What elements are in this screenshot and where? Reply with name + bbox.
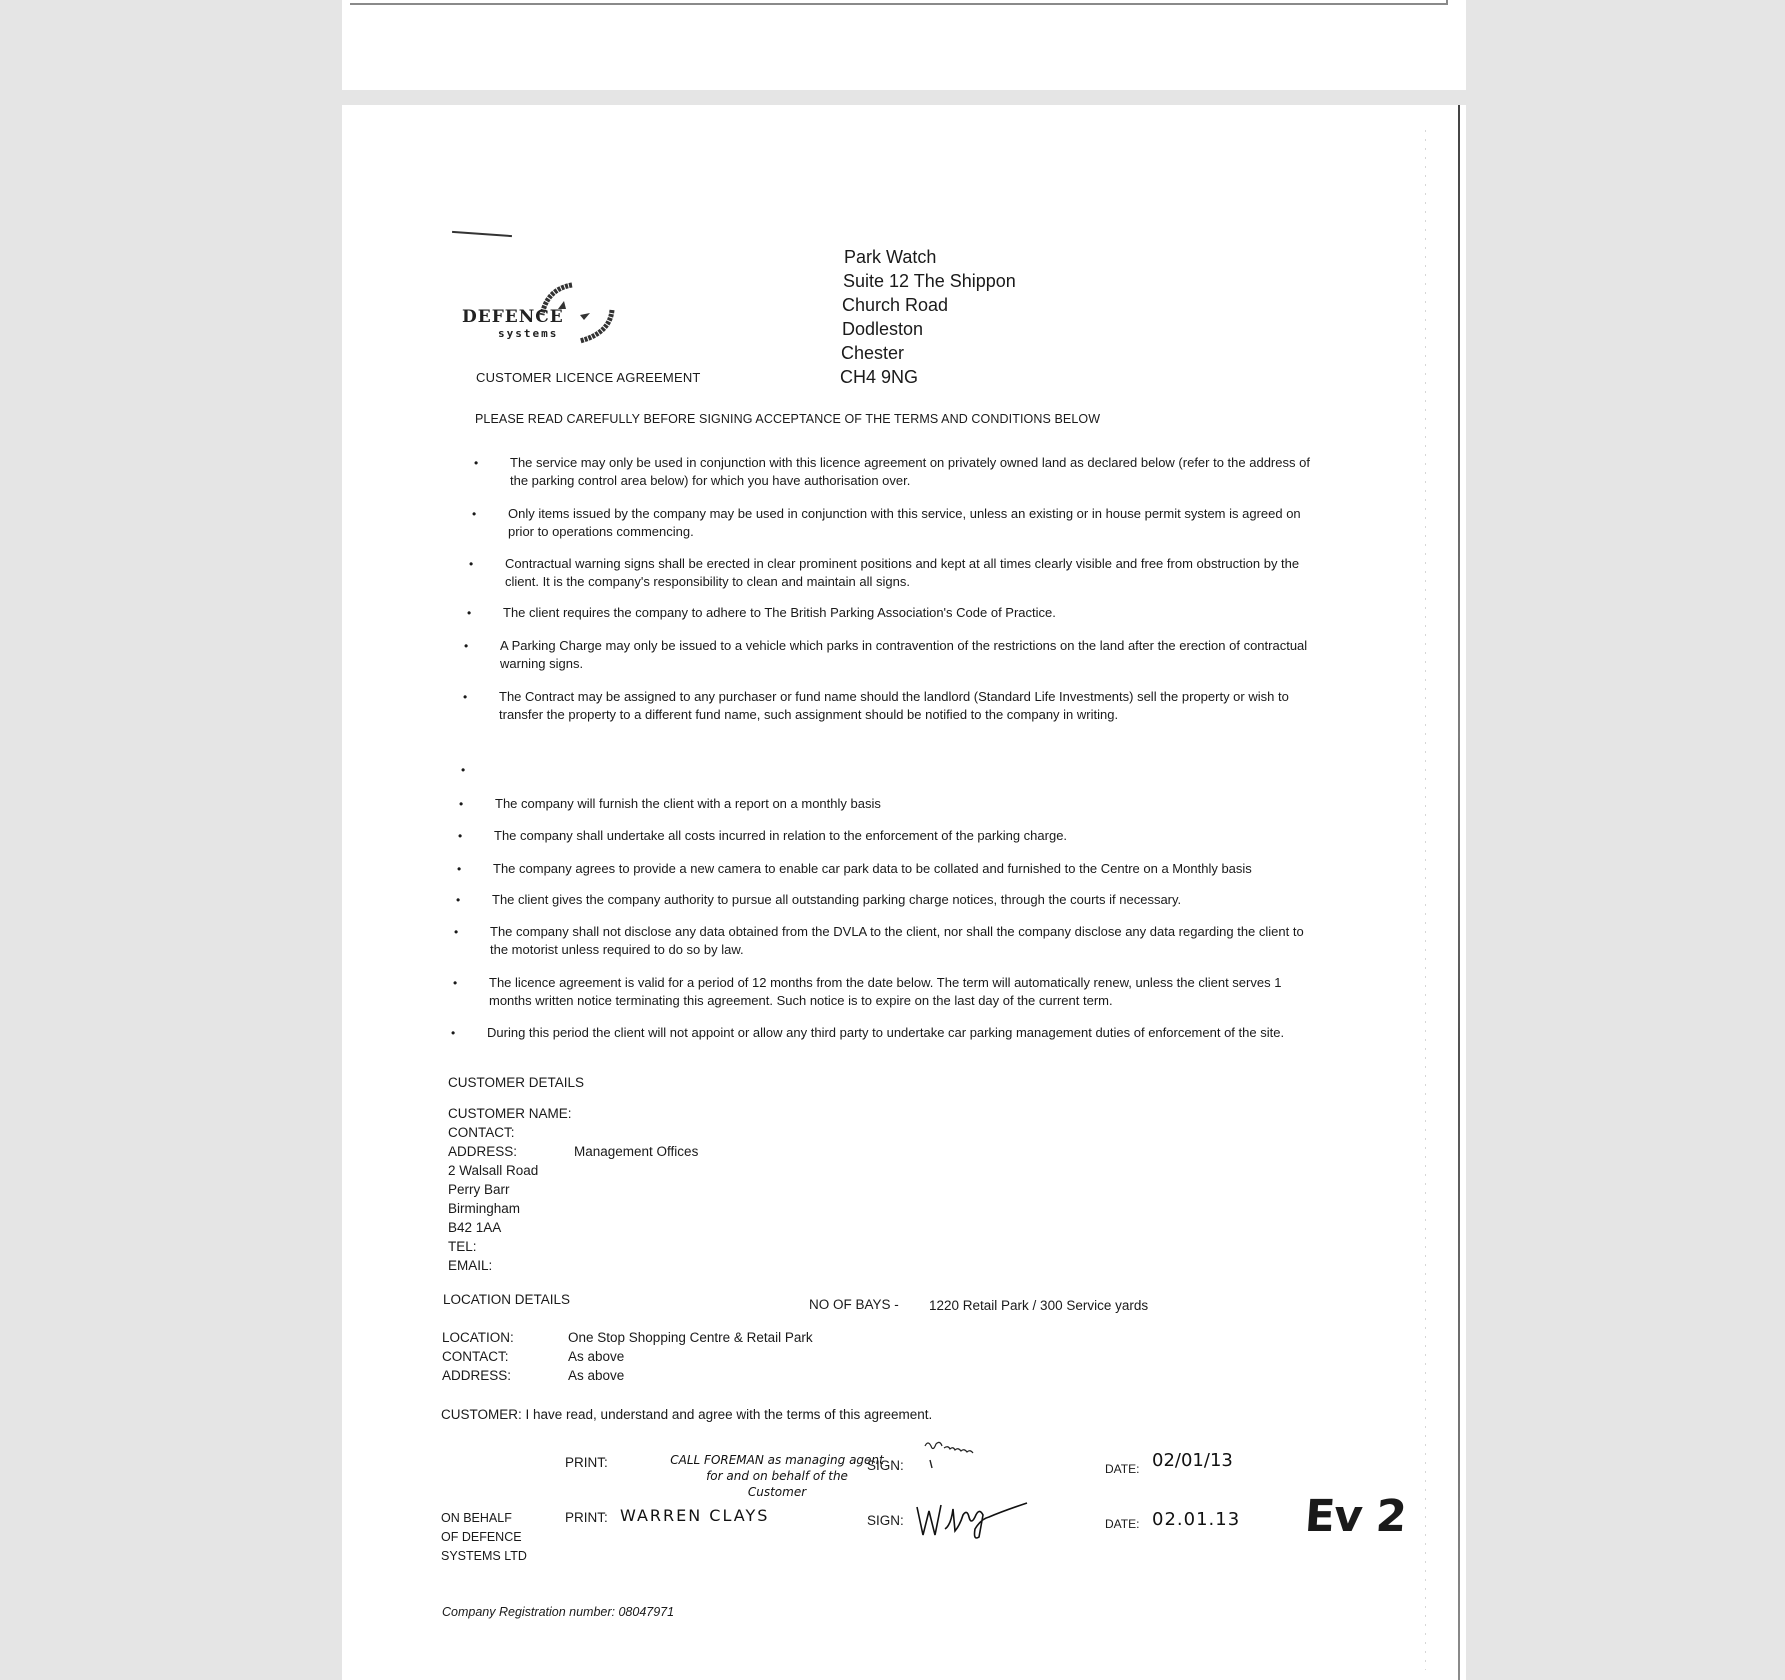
customer-print-value: CALL FOREMAN as managing agent for and o… (667, 1452, 887, 1500)
address-line: CH4 9NG (840, 365, 1016, 389)
customer-date-label: DATE: (1105, 1462, 1139, 1476)
address-line: 2 Walsall Road (448, 1161, 698, 1180)
location-address-label: ADDRESS: (442, 1366, 568, 1385)
customer-details-heading: CUSTOMER DETAILS (448, 1075, 584, 1090)
term-item: •The company will furnish the client wit… (495, 795, 1315, 813)
term-item: •The company agrees to provide a new cam… (493, 860, 1323, 878)
scan-artifact (1425, 130, 1426, 1670)
bullet-icon: • (464, 637, 468, 655)
address-value: Management Offices (574, 1144, 698, 1159)
logo-wordmark: DEFENCE (462, 307, 564, 327)
bullet-icon: • (451, 1024, 455, 1042)
address-line: Perry Barr (448, 1180, 698, 1199)
bullet-icon: • (457, 860, 461, 878)
location-contact-value: As above (568, 1349, 624, 1364)
company-date-label: DATE: (1105, 1517, 1139, 1531)
term-item: •Contractual warning signs shall be erec… (505, 555, 1325, 591)
term-item: •The company shall not disclose any data… (490, 923, 1310, 959)
term-item: •The Contract may be assigned to any pur… (499, 688, 1319, 724)
company-print-label: PRINT: (565, 1510, 608, 1525)
contact-label: CONTACT: (448, 1123, 698, 1142)
address-label: ADDRESS: (448, 1142, 574, 1161)
address-line: Park Watch (844, 245, 1016, 269)
bullet-icon: • (472, 505, 476, 523)
term-item: •During this period the client will not … (487, 1024, 1307, 1042)
acceptance-statement: CUSTOMER: I have read, understand and ag… (441, 1407, 932, 1422)
customer-name-label: CUSTOMER NAME: (448, 1106, 572, 1121)
document-title: CUSTOMER LICENCE AGREEMENT (476, 370, 701, 385)
read-carefully-notice: PLEASE READ CAREFULLY BEFORE SIGNING ACC… (475, 412, 1100, 426)
bullet-icon: • (474, 454, 478, 472)
address-line: Church Road (842, 293, 1016, 317)
bullet-icon: • (453, 974, 457, 992)
company-sign-label: SIGN: (867, 1513, 904, 1528)
term-item: •The client requires the company to adhe… (503, 604, 1323, 622)
customer-sign-label: SIGN: (867, 1458, 904, 1473)
bays-value: 1220 Retail Park / 300 Service yards (929, 1298, 1148, 1313)
location-address-value: As above (568, 1368, 624, 1383)
email-label: EMAIL: (448, 1256, 698, 1275)
company-signature (912, 1495, 1042, 1545)
scan-edge-line (1458, 105, 1460, 1680)
term-item: •Only items issued by the company may be… (508, 505, 1328, 541)
logo-subtitle: systems (498, 327, 558, 340)
term-item: •The client gives the company authority … (492, 891, 1312, 909)
address-line: Dodleston (842, 317, 1016, 341)
customer-signature (920, 1438, 990, 1478)
bullet-icon: • (456, 891, 460, 909)
on-behalf-label: ON BEHALF OF DEFENCE SYSTEMS LTD (441, 1509, 527, 1566)
location-contact-label: CONTACT: (442, 1347, 568, 1366)
bullet-icon: • (458, 827, 462, 845)
bullet-icon: • (459, 795, 463, 813)
address-line: Suite 12 The Shippon (843, 269, 1016, 293)
customer-print-label: PRINT: (565, 1455, 608, 1470)
address-line: B42 1AA (448, 1218, 698, 1237)
bullet-icon: • (454, 923, 458, 941)
location-details-block: LOCATION:One Stop Shopping Centre & Reta… (442, 1328, 813, 1385)
exhibit-mark: Ev 2 (1303, 1491, 1407, 1542)
previous-page (342, 0, 1466, 90)
customer-date-value: 02/01/13 (1152, 1450, 1233, 1471)
term-item: •The licence agreement is valid for a pe… (489, 974, 1309, 1010)
bullet-icon: • (463, 688, 467, 706)
company-logo: DEFENCE systems (462, 275, 622, 347)
location-label: LOCATION: (442, 1328, 568, 1347)
tel-label: TEL: (448, 1237, 698, 1256)
location-details-heading: LOCATION DETAILS (443, 1292, 570, 1307)
company-print-value: WARREN CLAYS (620, 1506, 769, 1525)
bullet-icon: • (461, 761, 465, 779)
company-registration: Company Registration number: 08047971 (442, 1605, 674, 1619)
bays-label: NO OF BAYS - (809, 1297, 899, 1312)
document-page: DEFENCE systems CUSTOMER LICENCE AGREEME… (342, 105, 1466, 1680)
address-line: Chester (841, 341, 1016, 365)
customer-details-block: CUSTOMER NAME: CONTACT: ADDRESS:Manageme… (448, 1104, 698, 1275)
bullet-icon: • (467, 604, 471, 622)
previous-page-border (350, 0, 1448, 5)
term-item: •A Parking Charge may only be issued to … (500, 637, 1320, 673)
term-item: •The company shall undertake all costs i… (494, 827, 1314, 845)
pen-stroke-mark (452, 231, 512, 237)
location-value: One Stop Shopping Centre & Retail Park (568, 1330, 813, 1345)
company-address: Park Watch Suite 12 The Shippon Church R… (840, 245, 1016, 389)
address-line: Birmingham (448, 1199, 698, 1218)
bullet-icon: • (469, 555, 473, 573)
term-item: •The service may only be used in conjunc… (510, 454, 1330, 490)
company-date-value: 02.01.13 (1152, 1509, 1240, 1530)
